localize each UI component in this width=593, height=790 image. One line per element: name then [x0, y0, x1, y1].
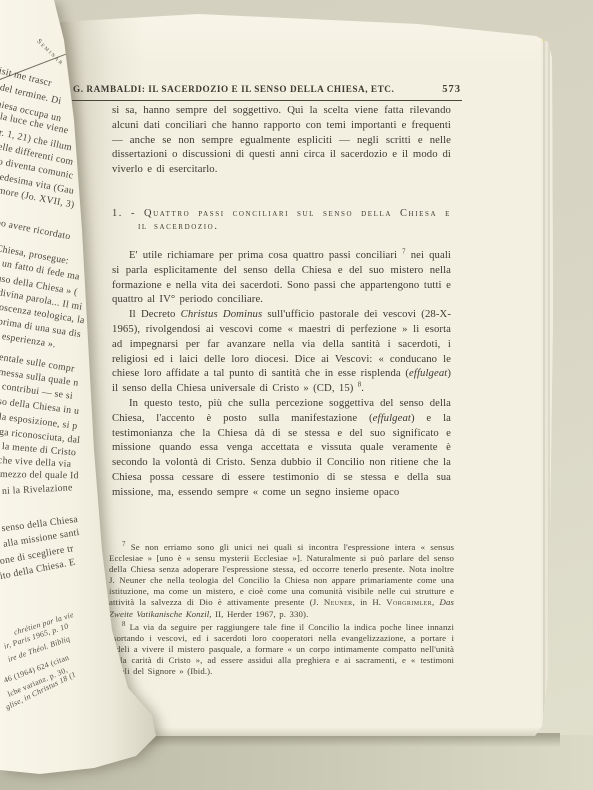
left-page: Seminarnisit me trascrdel termine. DiChi… — [0, 0, 170, 790]
photo-backdrop: { "photo": { "backdrop_color": "#d7d3c3"… — [0, 0, 593, 790]
page-number: 573 — [442, 84, 461, 95]
left-page-text-fragment: po avere ricordato — [0, 217, 71, 242]
left-page-wrap: Seminarnisit me trascrdel termine. DiChi… — [0, 0, 170, 790]
page-edge-speck — [542, 36, 546, 41]
page-edge-stack — [541, 40, 557, 736]
left-page-text-fragment: mezzo del quale Id — [0, 469, 79, 481]
left-page-text-fragment: ni la Rivelazione — [2, 482, 73, 497]
